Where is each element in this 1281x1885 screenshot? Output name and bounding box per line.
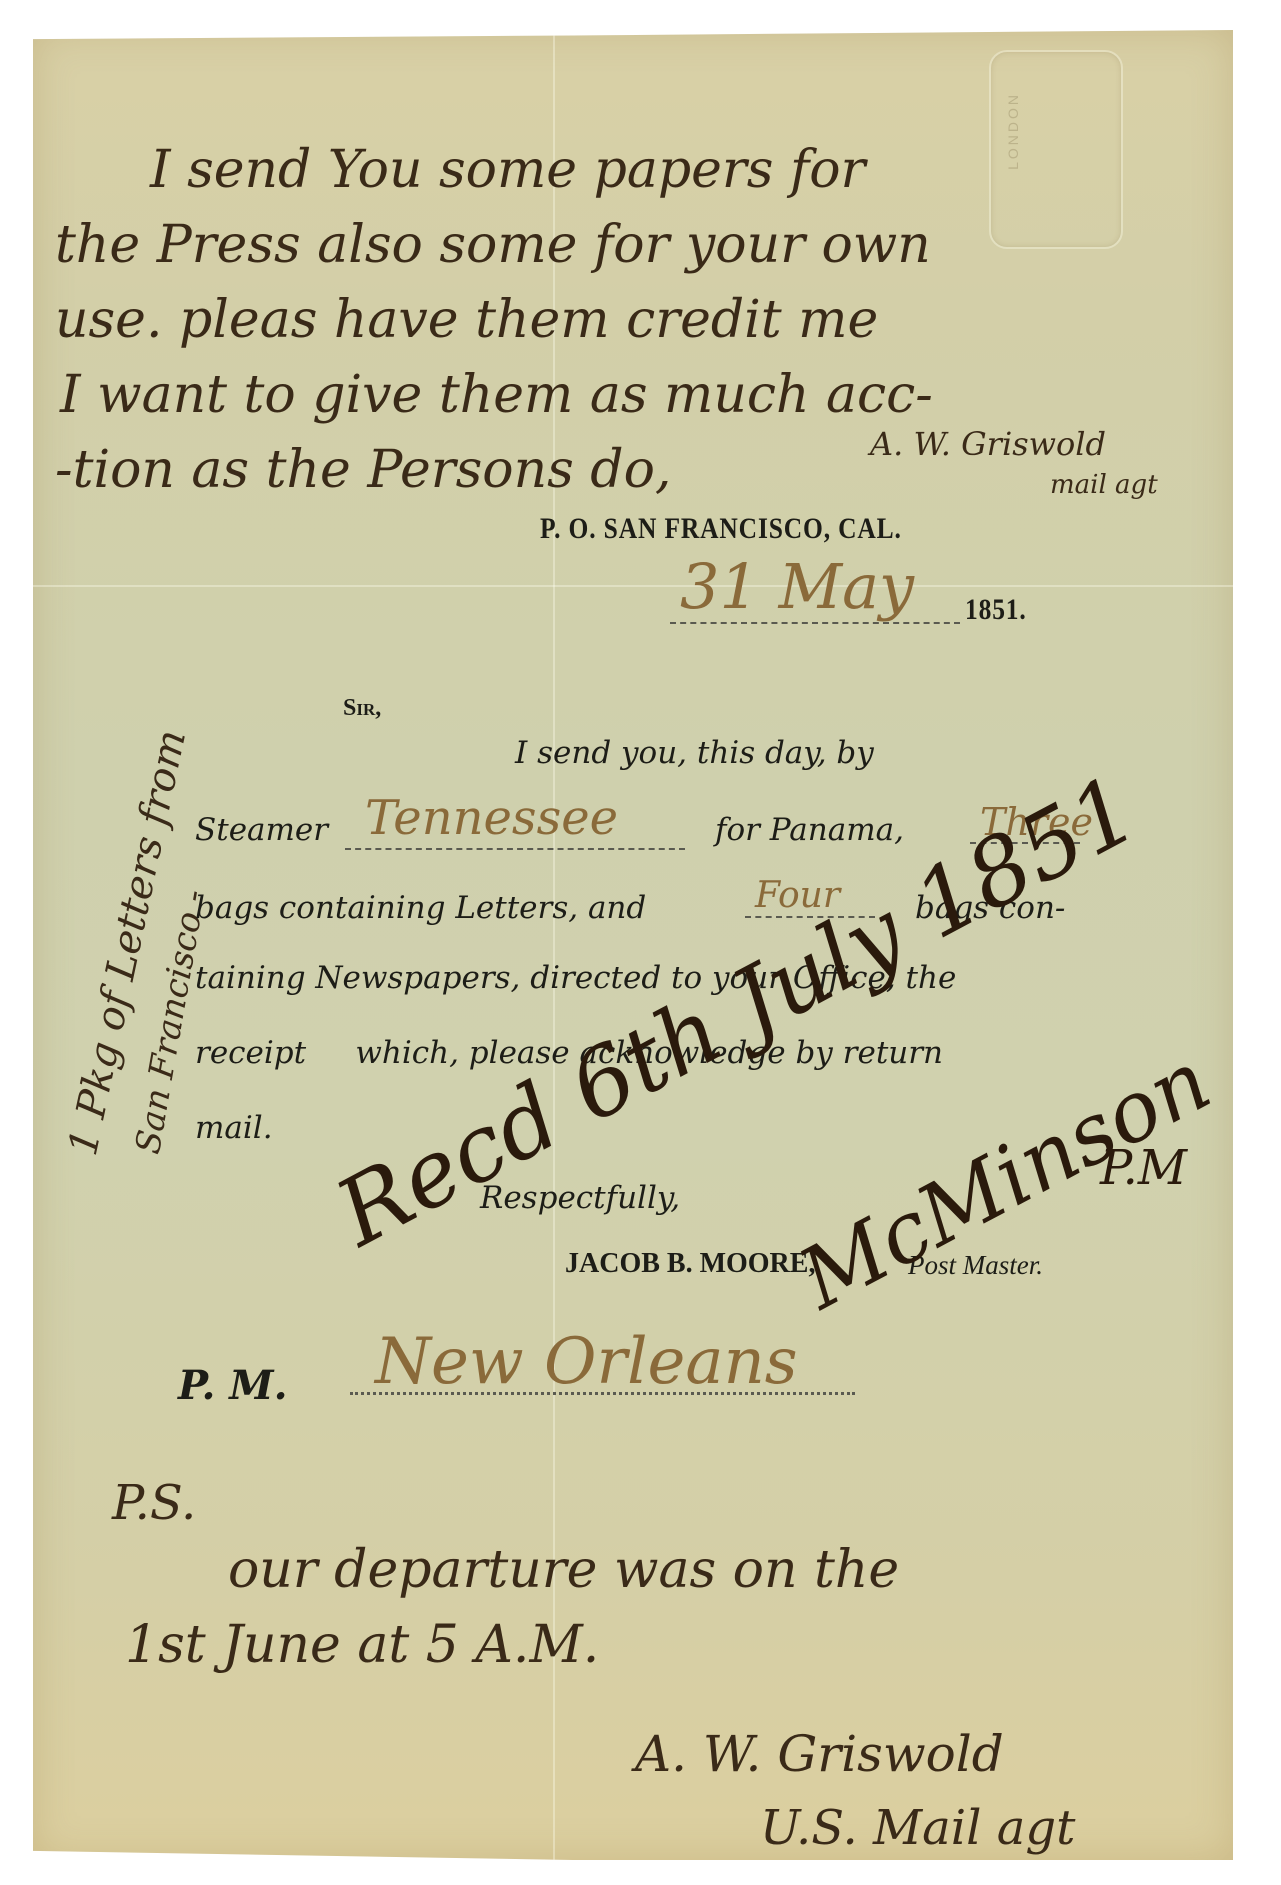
ps-label: P.S. <box>112 1475 196 1531</box>
body-line-1: I send you, this day, by <box>515 735 874 771</box>
date-year: 1851. <box>965 593 1027 627</box>
pm-value: New Orleans <box>375 1325 798 1399</box>
ps-signature: A. W. Griswold <box>635 1725 1004 1783</box>
top-note-line-3: use. pleas have them credit me <box>55 290 878 350</box>
fold-crease-horizontal <box>33 585 1233 587</box>
ps-signature-title: U.S. Mail agt <box>760 1800 1075 1856</box>
top-note-line-4: I want to give them as much acc- <box>60 365 933 425</box>
emboss-text: LONDON <box>1005 92 1021 170</box>
pm-line <box>350 1392 855 1395</box>
ps-line-2: 1st June at 5 A.M. <box>125 1615 599 1675</box>
top-note-line-5: -tion as the Persons do, <box>55 440 671 500</box>
date-handwritten: 31 May <box>680 550 914 623</box>
top-note-line-1: I send You some papers for <box>150 140 865 200</box>
steamer-line <box>345 848 685 850</box>
salutation: Sir, <box>343 695 381 722</box>
post-office-header: P. O. SAN FRANCISCO, CAL. <box>540 512 902 546</box>
body-line-2: for Panama, <box>715 812 904 848</box>
receipt-signer-title: P.M <box>1100 1140 1187 1196</box>
pm-label: P. M. <box>178 1362 288 1409</box>
date-line <box>670 622 960 624</box>
body-line-6: mail. <box>195 1110 273 1146</box>
top-note-signature-title: mail agt <box>1050 470 1158 500</box>
embossed-stamp: LONDON <box>989 50 1123 249</box>
ps-line-1: our departure was on the <box>228 1540 899 1600</box>
top-note-line-2: the Press also some for your own <box>55 215 931 275</box>
signatory-name: JACOB B. MOORE, <box>565 1248 815 1280</box>
steamer-name: Tennessee <box>365 790 618 846</box>
top-note-signature: A. W. Griswold <box>870 425 1106 463</box>
steamer-label: Steamer <box>195 812 328 848</box>
body-line-3-start: bags containing Letters, and <box>195 890 646 926</box>
